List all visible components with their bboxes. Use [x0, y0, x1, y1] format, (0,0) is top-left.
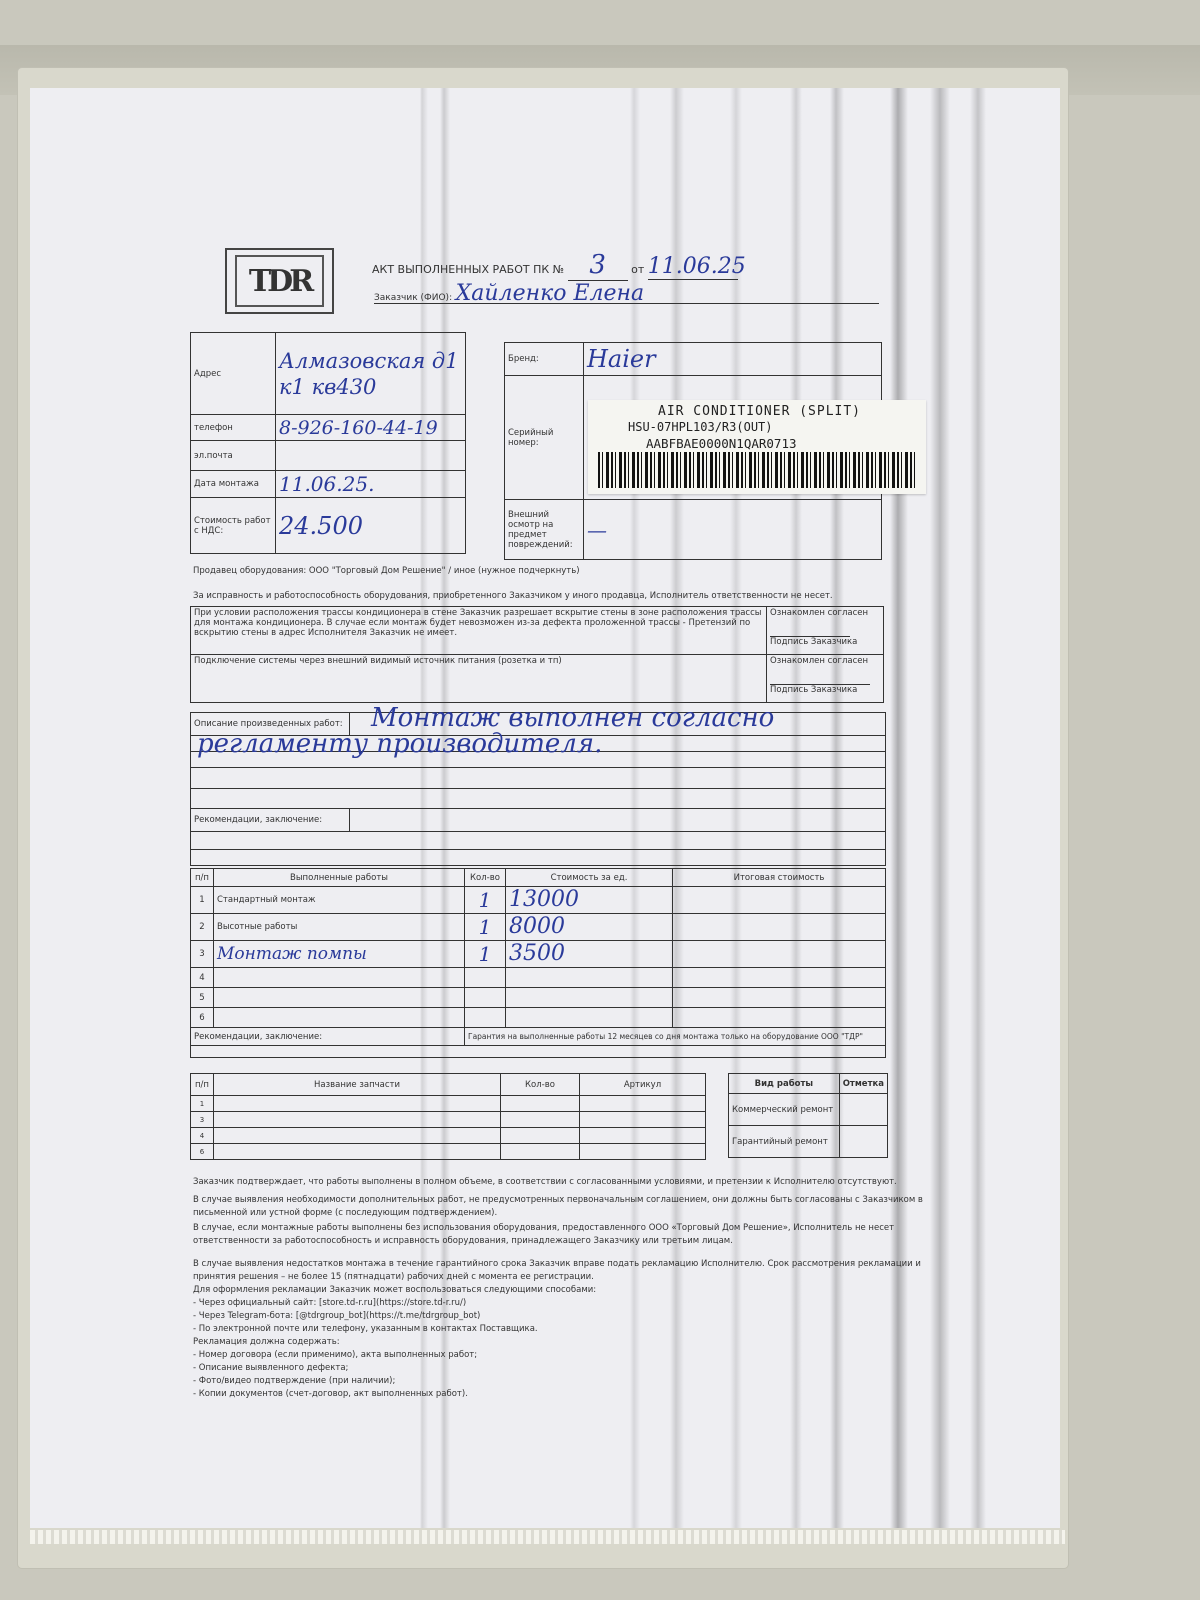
- install-date-label: Дата монтажа: [191, 471, 276, 498]
- consent-sign-label: Подпись Заказчика: [770, 637, 880, 647]
- date-prefix: от: [631, 263, 644, 276]
- part-qty[interactable]: [501, 1144, 580, 1160]
- seller-line: Продавец оборудования: ООО "Торговый Дом…: [193, 565, 923, 578]
- email-value[interactable]: [276, 441, 466, 471]
- col-number: п/п: [191, 1074, 214, 1096]
- parts-row: 4: [191, 1128, 706, 1144]
- col-part-name: Название запчасти: [214, 1074, 501, 1096]
- work-unit-price[interactable]: 13000: [506, 887, 673, 914]
- part-qty[interactable]: [501, 1112, 580, 1128]
- claims-section: В случае выявления недостатков монтажа в…: [193, 1258, 923, 1401]
- repair-type-table: Вид работы Отметка Коммерческий ремонт Г…: [728, 1073, 888, 1158]
- work-unit-price[interactable]: 8000: [506, 914, 673, 941]
- repair-row-commercial: Коммерческий ремонт: [729, 1094, 888, 1126]
- work-description-line2[interactable]: регламенту производителя.: [197, 729, 602, 759]
- consent-table: При условии расположения трассы кондицио…: [190, 606, 884, 703]
- col-work: Выполненные работы: [214, 869, 465, 887]
- works-table: п/п Выполненные работы Кол-во Стоимость …: [190, 868, 886, 1058]
- part-article[interactable]: [580, 1128, 706, 1144]
- act-document: TDR АКТ ВЫПОЛНЕННЫХ РАБОТ ПК № 3 от 11.0…: [30, 88, 1060, 1528]
- email-label: эл.почта: [191, 441, 276, 471]
- part-name[interactable]: [214, 1096, 501, 1112]
- work-qty[interactable]: [465, 1008, 506, 1028]
- cost-label: Стоимость работ с НДС:: [191, 498, 276, 554]
- consent-agree-label: Ознакомлен согласен: [770, 656, 880, 666]
- consent-text: При условии расположения трассы кондицио…: [191, 607, 767, 655]
- row-number: 6: [191, 1144, 214, 1160]
- term-additional-works: В случае выявления необходимости дополни…: [193, 1194, 923, 1220]
- liability-line: За исправность и работоспособность обору…: [193, 590, 923, 603]
- work-description-label: Описание произведенных работ:: [194, 719, 343, 729]
- consent-signature-cell[interactable]: Ознакомлен согласен Подпись Заказчика: [767, 607, 884, 655]
- works-row: 5: [191, 988, 886, 1008]
- work-description-block: Описание произведенных работ: Монтаж вып…: [190, 712, 886, 866]
- parts-header-row: п/п Название запчасти Кол-во Артикул: [191, 1074, 706, 1096]
- work-qty[interactable]: 1: [465, 914, 506, 941]
- row-number: 2: [191, 914, 214, 941]
- phone-row: телефон 8-926-160-44-19: [191, 415, 466, 441]
- customer-name: Хайленко Елена: [456, 281, 645, 306]
- install-date-row: Дата монтажа 11.06.25.: [191, 471, 466, 498]
- work-total[interactable]: [673, 988, 886, 1008]
- parts-row: 1: [191, 1096, 706, 1112]
- consent-signature-cell[interactable]: Ознакомлен согласен Подпись Заказчика: [767, 655, 884, 703]
- row-number: 1: [191, 887, 214, 914]
- work-unit-price[interactable]: 3500: [506, 941, 673, 968]
- act-date: 11.06.25: [648, 254, 738, 280]
- act-number: 3: [568, 250, 628, 281]
- works-body: 1Стандартный монтаж1130002Высотные работ…: [191, 887, 886, 1028]
- consent-text: Подключение системы через внешний видимы…: [191, 655, 767, 703]
- sleeve-welded-edge: [30, 1530, 1065, 1544]
- work-unit-price[interactable]: [506, 1008, 673, 1028]
- consent-row: При условии расположения трассы кондицио…: [191, 607, 884, 655]
- parts-body: 1346: [191, 1096, 706, 1160]
- parts-table: п/п Название запчасти Кол-во Артикул 134…: [190, 1073, 706, 1160]
- work-total[interactable]: [673, 914, 886, 941]
- act-title-row: АКТ ВЫПОЛНЕННЫХ РАБОТ ПК № 3 от 11.06.25: [372, 250, 738, 281]
- address-row: Адрес Алмазовская д1 к1 кв430: [191, 333, 466, 415]
- works-row: 4: [191, 968, 886, 988]
- claims-method-contacts: - По электронной почте или телефону, ука…: [193, 1323, 923, 1336]
- claims-content-item: - Описание выявленного дефекта;: [193, 1362, 923, 1375]
- col-qty: Кол-во: [465, 869, 506, 887]
- blank-cell: [191, 1046, 886, 1058]
- repair-type-label: Коммерческий ремонт: [729, 1094, 840, 1126]
- work-total[interactable]: [673, 1008, 886, 1028]
- claims-content-item: - Фото/видео подтверждение (при наличии)…: [193, 1375, 923, 1388]
- inspection-label: Внешний осмотр на предмет повреждений:: [505, 500, 584, 560]
- repair-mark-checkbox[interactable]: [839, 1126, 887, 1158]
- repair-type-label: Гарантийный ремонт: [729, 1126, 840, 1158]
- claims-contents-title: Рекламация должна содержать:: [193, 1336, 923, 1349]
- work-qty[interactable]: [465, 968, 506, 988]
- work-qty[interactable]: 1: [465, 887, 506, 914]
- work-total[interactable]: [673, 887, 886, 914]
- part-article[interactable]: [580, 1096, 706, 1112]
- works-row: 1Стандартный монтаж113000: [191, 887, 886, 914]
- work-total[interactable]: [673, 968, 886, 988]
- inspection-value[interactable]: —: [584, 500, 882, 560]
- consent-sign-label: Подпись Заказчика: [770, 685, 880, 695]
- work-name[interactable]: Монтаж помпы: [214, 941, 465, 968]
- consent-agree-label: Ознакомлен согласен: [770, 608, 880, 618]
- repair-header-row: Вид работы Отметка: [729, 1074, 888, 1094]
- recommendations-label: Рекомендации, заключение:: [194, 815, 322, 825]
- email-row: эл.почта: [191, 441, 466, 471]
- part-article[interactable]: [580, 1112, 706, 1128]
- claims-intro: В случае выявления недостатков монтажа в…: [193, 1258, 923, 1284]
- works-row: 3Монтаж помпы13500: [191, 941, 886, 968]
- term-confirmation: Заказчик подтверждает, что работы выполн…: [193, 1176, 923, 1189]
- sticker-model: HSU-07HPL103/R3(OUT): [628, 420, 773, 434]
- row-number: 6: [191, 1008, 214, 1028]
- claims-content-item: - Копии документов (счет-договор, акт вы…: [193, 1388, 923, 1401]
- parts-row: 3: [191, 1112, 706, 1128]
- col-total: Итоговая стоимость: [673, 869, 886, 887]
- brand-row: Бренд: Haier: [505, 343, 882, 376]
- part-name[interactable]: [214, 1144, 501, 1160]
- work-name[interactable]: [214, 988, 465, 1008]
- address-value[interactable]: Алмазовская д1 к1 кв430: [276, 333, 466, 415]
- work-unit-price[interactable]: [506, 968, 673, 988]
- col-part-qty: Кол-во: [501, 1074, 580, 1096]
- sticker-serial: AABFBAE0000N1QAR0713: [646, 436, 797, 451]
- logo-mark: TDR: [235, 255, 324, 307]
- col-article: Артикул: [580, 1074, 706, 1096]
- barcode: [598, 452, 916, 488]
- work-qty[interactable]: 1: [465, 941, 506, 968]
- work-name[interactable]: [214, 968, 465, 988]
- serial-label: Серийный номер:: [505, 376, 584, 500]
- address-label: Адрес: [191, 333, 276, 415]
- act-title: АКТ ВЫПОЛНЕННЫХ РАБОТ ПК №: [372, 263, 564, 276]
- work-total[interactable]: [673, 941, 886, 968]
- customer-label: Заказчик (ФИО):: [374, 293, 452, 303]
- work-unit-price[interactable]: [506, 988, 673, 1008]
- brand-value[interactable]: Haier: [584, 343, 882, 376]
- inspection-row: Внешний осмотр на предмет повреждений: —: [505, 500, 882, 560]
- part-name[interactable]: [214, 1112, 501, 1128]
- term-third-party: В случае, если монтажные работы выполнен…: [193, 1222, 923, 1248]
- work-name[interactable]: Высотные работы: [214, 914, 465, 941]
- col-repair-type: Вид работы: [729, 1074, 840, 1094]
- serial-sticker: AIR CONDITIONER (SPLIT) HSU-07HPL103/R3(…: [588, 400, 926, 494]
- tdr-logo: TDR: [225, 248, 334, 314]
- install-date-value[interactable]: 11.06.25.: [276, 471, 466, 498]
- customer-info-table: Адрес Алмазовская д1 к1 кв430 телефон 8-…: [190, 332, 466, 554]
- claims-method-site[interactable]: - Через официальный сайт: [store.td-r.ru…: [193, 1297, 923, 1310]
- part-qty[interactable]: [501, 1128, 580, 1144]
- row-number: 3: [191, 941, 214, 968]
- works-row: 2Высотные работы18000: [191, 914, 886, 941]
- claims-content-item: - Номер договора (если применимо), акта …: [193, 1349, 923, 1362]
- works-footer-row: Рекомендации, заключение: Гарантия на вы…: [191, 1028, 886, 1046]
- customer-row: Заказчик (ФИО): Хайленко Елена: [374, 281, 879, 304]
- part-name[interactable]: [214, 1128, 501, 1144]
- cost-value[interactable]: 24.500: [276, 498, 466, 554]
- claims-method-telegram[interactable]: - Через Telegram-бота: [@tdrgroup_bot](h…: [193, 1310, 923, 1323]
- col-mark: Отметка: [839, 1074, 887, 1094]
- row-number: 3: [191, 1112, 214, 1128]
- sticker-product-type: AIR CONDITIONER (SPLIT): [658, 404, 861, 419]
- col-number: п/п: [191, 869, 214, 887]
- warranty-text: Гарантия на выполненные работы 12 месяце…: [465, 1028, 886, 1046]
- row-number: 5: [191, 988, 214, 1008]
- works-header-row: п/п Выполненные работы Кол-во Стоимость …: [191, 869, 886, 887]
- row-number: 4: [191, 968, 214, 988]
- phone-label: телефон: [191, 415, 276, 441]
- work-qty[interactable]: [465, 988, 506, 1008]
- part-qty[interactable]: [501, 1096, 580, 1112]
- works-blank-row: [191, 1046, 886, 1058]
- parts-row: 6: [191, 1144, 706, 1160]
- brand-label: Бренд:: [505, 343, 584, 376]
- repair-mark-checkbox[interactable]: [839, 1094, 887, 1126]
- works-footer-label: Рекомендации, заключение:: [191, 1028, 465, 1046]
- works-row: 6: [191, 1008, 886, 1028]
- consent-row: Подключение системы через внешний видимы…: [191, 655, 884, 703]
- part-article[interactable]: [580, 1144, 706, 1160]
- phone-value[interactable]: 8-926-160-44-19: [276, 415, 466, 441]
- work-name[interactable]: [214, 1008, 465, 1028]
- work-name[interactable]: Стандартный монтаж: [214, 887, 465, 914]
- row-number: 4: [191, 1128, 214, 1144]
- row-number: 1: [191, 1096, 214, 1112]
- cost-row: Стоимость работ с НДС: 24.500: [191, 498, 466, 554]
- col-unit-price: Стоимость за ед.: [506, 869, 673, 887]
- repair-row-warranty: Гарантийный ремонт: [729, 1126, 888, 1158]
- claims-methods-title: Для оформления рекламации Заказчик может…: [193, 1284, 923, 1297]
